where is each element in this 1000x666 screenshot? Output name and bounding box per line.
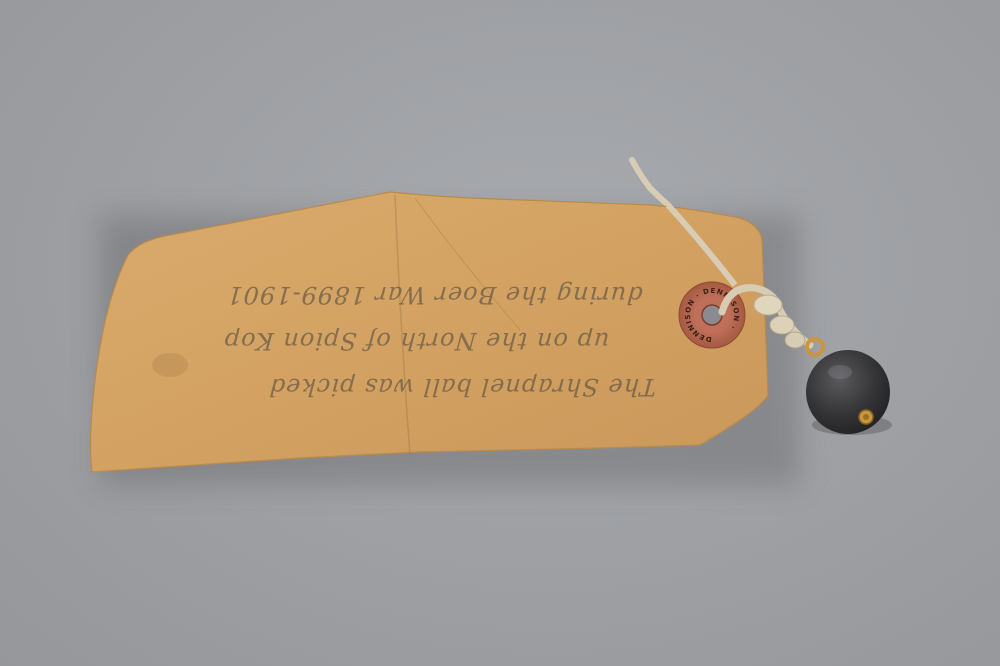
string-tail [632,160,668,205]
shrapnel-ball [806,350,890,434]
photo-scene: DENNISON · DENNISON · The Shrapnel ball … [0,0,1000,666]
handwriting-line: up on the North of Spion Kop [148,318,671,364]
handwriting-line: during the Boer War 1899-1901 [151,272,674,318]
handwriting-line: The Shrapnel ball was picked [144,364,667,410]
handwritten-note: The Shrapnel ball was picked up on the N… [144,250,675,410]
